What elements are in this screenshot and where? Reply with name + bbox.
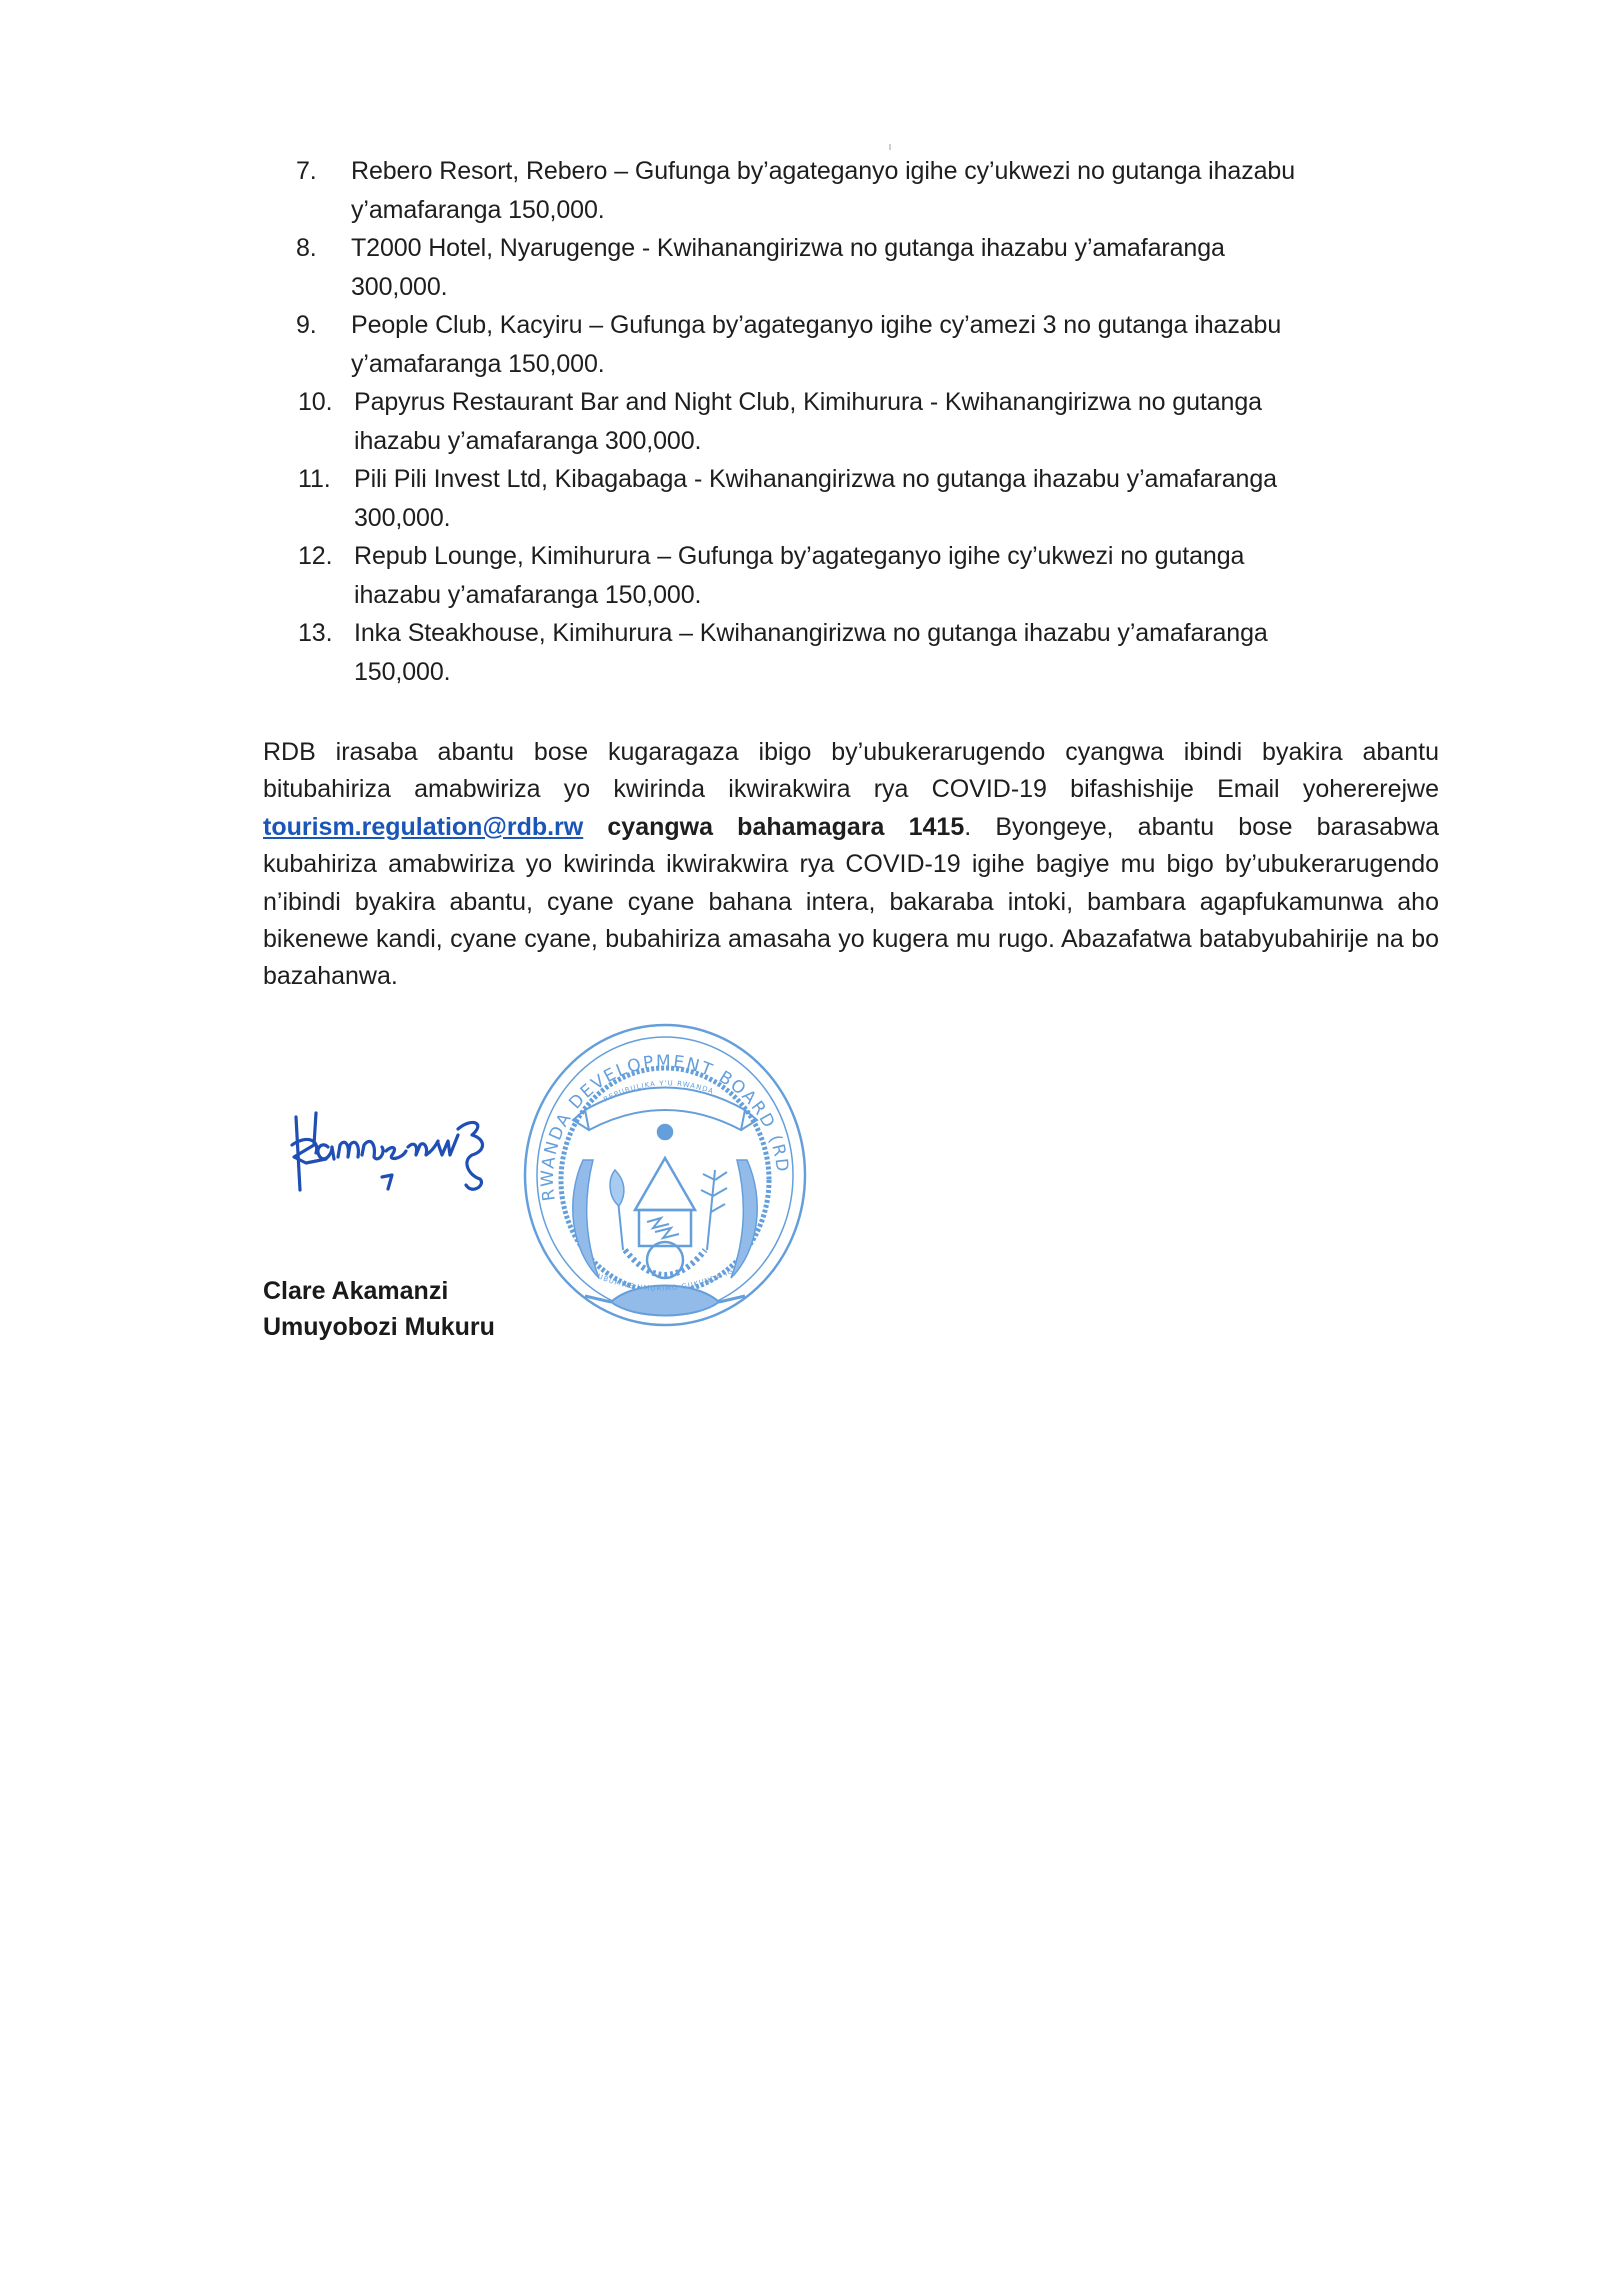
list-number: 12.: [298, 537, 348, 576]
phone-contact-text: cyangwa bahamagara 1415: [583, 813, 964, 841]
list-number: 7.: [296, 152, 346, 191]
email-link[interactable]: tourism.regulation@rdb.rw: [263, 813, 583, 841]
list-line-2: 150,000.: [354, 653, 1446, 692]
list-line-1: Inka Steakhouse, Kimihurura – Kwihanangi…: [354, 614, 1446, 653]
list-line-2: ihazabu y’amafaranga 300,000.: [354, 422, 1446, 461]
rdb-official-stamp: RWANDA DEVELOPMENT BOARD (RDB)/CEO REPUB…: [515, 1010, 815, 1340]
signatory-block: Clare Akamanzi Umuyobozi Mukuru: [263, 1273, 495, 1345]
list-number: 9.: [296, 306, 346, 345]
list-item: 10. Papyrus Restaurant Bar and Night Clu…: [296, 383, 1446, 460]
list-item: 9. People Club, Kacyiru – Gufunga by’aga…: [296, 306, 1446, 383]
list-line-1: Repub Lounge, Kimihurura – Gufunga by’ag…: [354, 537, 1446, 576]
list-item: 7. Rebero Resort, Rebero – Gufunga by’ag…: [296, 152, 1446, 229]
list-number: 10.: [298, 383, 348, 422]
list-line-2: 300,000.: [351, 268, 1446, 307]
list-item: 8. T2000 Hotel, Nyarugenge - Kwihanangir…: [296, 229, 1446, 306]
document-page: 7. Rebero Resort, Rebero – Gufunga by’ag…: [0, 0, 1600, 2278]
penalty-list: 7. Rebero Resort, Rebero – Gufunga by’ag…: [296, 152, 1446, 691]
signatory-name: Clare Akamanzi: [263, 1273, 495, 1309]
list-line-2: 300,000.: [354, 499, 1446, 538]
list-line-1: T2000 Hotel, Nyarugenge - Kwihanangirizw…: [351, 229, 1446, 268]
list-line-2: ihazabu y’amafaranga 150,000.: [354, 576, 1446, 615]
list-number: 13.: [298, 614, 348, 653]
list-line-2: y’amafaranga 150,000.: [351, 191, 1446, 230]
scan-speck: [889, 144, 891, 150]
list-number: 11.: [298, 460, 348, 499]
list-item: 11. Pili Pili Invest Ltd, Kibagabaga - K…: [296, 460, 1446, 537]
notice-paragraph: RDB irasaba abantu bose kugaragaza ibigo…: [263, 734, 1439, 996]
list-line-2: y’amafaranga 150,000.: [351, 345, 1446, 384]
paragraph-text-start: RDB irasaba abantu bose kugaragaza ibigo…: [263, 738, 1439, 803]
list-line-1: People Club, Kacyiru – Gufunga by’agateg…: [351, 306, 1446, 345]
handwritten-signature: [286, 1105, 536, 1215]
list-line-1: Pili Pili Invest Ltd, Kibagabaga - Kwiha…: [354, 460, 1446, 499]
list-line-1: Rebero Resort, Rebero – Gufunga by’agate…: [351, 152, 1446, 191]
list-line-1: Papyrus Restaurant Bar and Night Club, K…: [354, 383, 1446, 422]
list-item: 12. Repub Lounge, Kimihurura – Gufunga b…: [296, 537, 1446, 614]
signatory-title: Umuyobozi Mukuru: [263, 1309, 495, 1345]
list-number: 8.: [296, 229, 346, 268]
list-item: 13. Inka Steakhouse, Kimihurura – Kwihan…: [296, 614, 1446, 691]
